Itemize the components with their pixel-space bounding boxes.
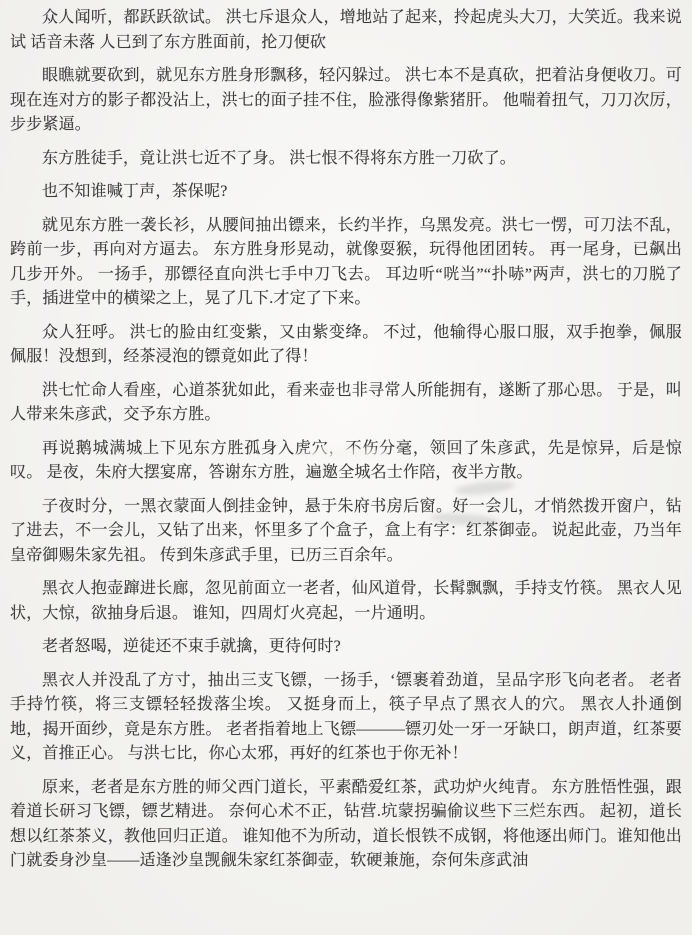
story-paragraph: 原来，老者是东方胜的师父西门道长，平素酷爱红茶，武功炉火纯青。 东方胜悟性强，跟… <box>10 776 682 874</box>
story-paragraph: 子夜时分，一黑衣蒙面人倒挂金钟，悬于朱府书房后窗。好一会儿，才悄然拨开窗户，钻了… <box>10 495 682 569</box>
story-paragraph: 黑衣人并没乱了方寸，抽出三支飞镖，一扬手，‘镖裹着劲道，呈品字形飞向老者。 老者… <box>10 669 682 767</box>
document-page: 众人闻听，都跃跃欲试。 洪七斥退众人，增地站了起来，拎起虎头大刀，大笑近。我来说… <box>0 0 692 935</box>
story-paragraph: 众人狂呼。 洪七的脸由红变紫，又由紫变绛。 不过，他输得心服口服，双手抱拳，佩服… <box>10 321 682 370</box>
story-text-block: 众人闻听，都跃跃欲试。 洪七斥退众人，增地站了起来，拎起虎头大刀，大笑近。我来说… <box>10 6 682 874</box>
story-paragraph: 黑衣人抱壶蹿进长廊，忽见前面立一老者，仙风道骨，长髯飘飘，手持支竹筷。 黑衣人见… <box>10 577 682 626</box>
story-paragraph: 眼瞧就要砍到，就见东方胜身形飘移，轻闪躲过。 洪七本不是真砍，把着沾身便收刀。可… <box>10 64 682 138</box>
story-paragraph: 就见东方胜一袭长衫，从腰间抽出镖来，长约半拃，乌黑发亮。洪七一愣，可刀法不乱，跨… <box>10 214 682 312</box>
story-paragraph: 众人闻听，都跃跃欲试。 洪七斥退众人，增地站了起来，拎起虎头大刀，大笑近。我来说… <box>10 6 682 55</box>
story-paragraph: 老者怒喝，逆徒还不束手就擒，更待何时? <box>10 635 682 660</box>
story-paragraph: 也不知谁喊丁声，茶保呢? <box>10 180 682 205</box>
story-paragraph: 洪七忙命人看座，心道茶犹如此，看来壶也非寻常人所能拥有，遂断了那心思。 于是，叫… <box>10 379 682 428</box>
story-paragraph: 再说鹅城满城上下见东方胜孤身入虎穴，不伤分毫，领回了朱彦武，先是惊异，后是惊叹。… <box>10 437 682 486</box>
story-paragraph: 东方胜徒手，竟让洪七近不了身。 洪七恨不得将东方胜一刀砍了。 <box>10 147 682 172</box>
